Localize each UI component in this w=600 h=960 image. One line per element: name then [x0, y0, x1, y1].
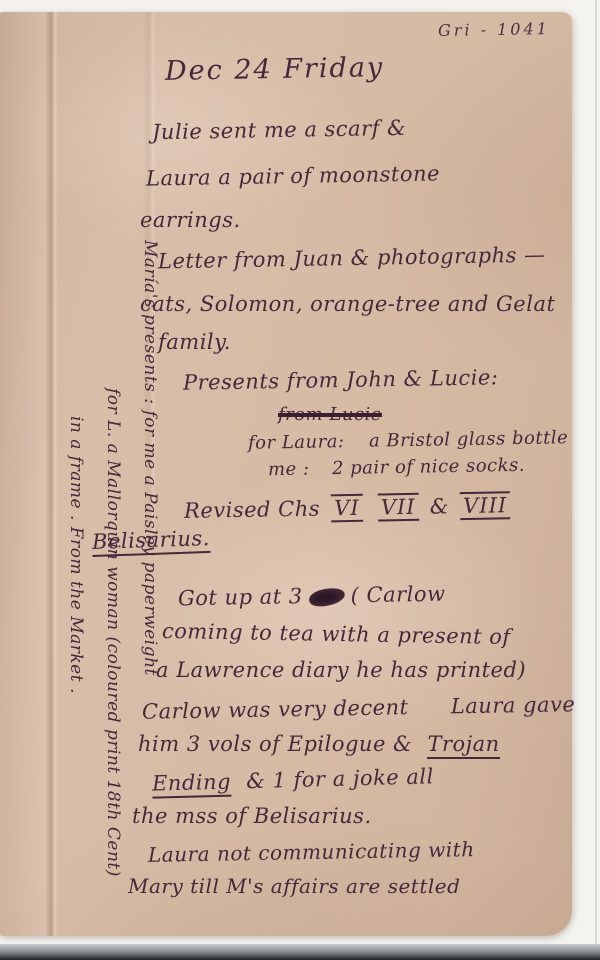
- revised-chapters-text: Revised Chs: [184, 497, 320, 523]
- diary-line: Got up at 3( Carlow: [178, 582, 446, 611]
- diary-line: for Laura: a Bristol glass bottle: [248, 427, 569, 454]
- diary-line: earrings.: [140, 208, 241, 232]
- diary-line: him 3 vols of Epilogue & Trojan: [138, 732, 500, 756]
- crossed-out-text: from Lucie: [278, 404, 382, 425]
- gift-recipient-label: me :: [268, 459, 310, 481]
- margin-note-line: María's presents : for me a Paisley pape…: [131, 240, 168, 932]
- entry-date-heading: Dec 24 Friday: [165, 52, 385, 87]
- margin-note-rotated: María's presents : for me a Paisley pape…: [56, 240, 168, 932]
- diary-scan: { "page": { "catalog_number": "Gri - 104…: [0, 0, 600, 960]
- diary-line: Laura a pair of moonstone: [146, 161, 440, 190]
- gift-description: 2 pair of nice socks.: [332, 455, 525, 479]
- scanner-edge-line: [595, 0, 597, 944]
- diary-line: Laura not communicating with: [148, 837, 475, 867]
- scanner-bottom-band: [0, 944, 600, 960]
- paper-sheet: Gri - 1041 Dec 24 Friday Julie sent me a…: [0, 12, 572, 936]
- diary-line: Letter from Juan & photographs —: [158, 243, 546, 274]
- diary-line: me : 2 pair of nice socks.: [268, 455, 525, 480]
- diary-line: cats, Solomon, orange-tree and Gelat: [140, 292, 555, 316]
- margin-note-line: in a frame . From the Market .: [57, 240, 94, 932]
- diary-line: Mary till M's affairs are settled: [128, 874, 460, 898]
- diary-line: a Lawrence diary he has printed): [156, 658, 526, 682]
- ampersand: &: [430, 494, 450, 518]
- chapter-numeral: VII: [378, 493, 419, 522]
- diary-line: Ending & 1 for a joke all: [152, 764, 434, 795]
- diary-line: family.: [158, 330, 231, 354]
- diary-line: Julie sent me a scarf &: [152, 116, 407, 144]
- chapter-numeral: VIII: [460, 491, 511, 520]
- catalog-number: Gri - 1041: [438, 19, 550, 40]
- diary-line: Presents from John & Lucie:: [183, 365, 499, 395]
- book-title-underlined: Trojan: [427, 732, 499, 759]
- ink-blot: [308, 587, 346, 608]
- chapter-numeral: VI: [331, 494, 363, 523]
- diary-line: coming to tea with a present of: [162, 619, 511, 649]
- gift-description: a Bristol glass bottle: [369, 427, 569, 451]
- gift-recipient-label: for Laura:: [248, 431, 345, 454]
- fold-flap-shading: [0, 12, 46, 936]
- margin-note-line: for L. a Mallorquin woman (coloured prin…: [94, 240, 131, 932]
- diary-line: Carlow was very decent Laura gave: [142, 692, 576, 724]
- diary-line: Revised Chs VI VII & VIII: [184, 493, 515, 523]
- strikethrough-text: from Lucie: [278, 404, 382, 425]
